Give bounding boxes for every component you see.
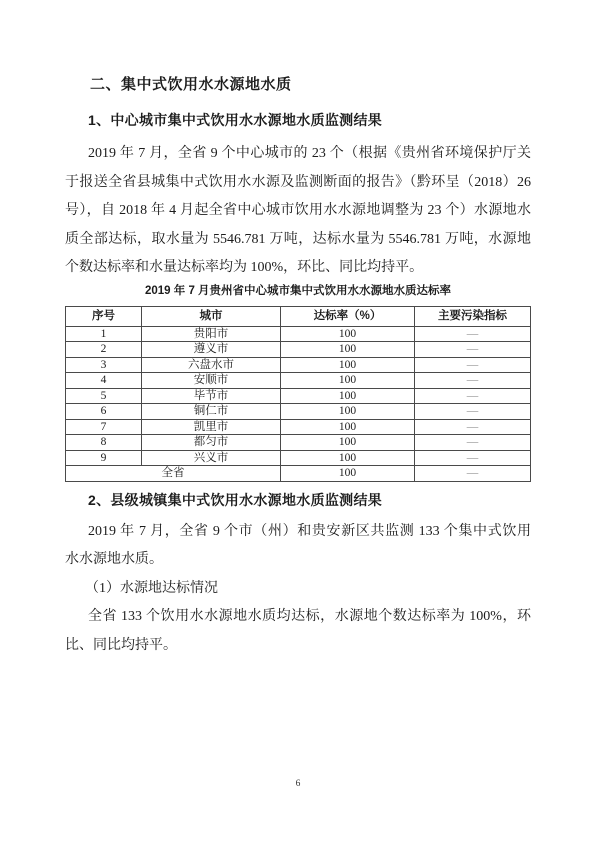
cell-rate: 100 [281,404,415,420]
cell-pollutant: — [415,419,531,435]
table-row: 9 兴义市 100 — [66,450,531,466]
column-header-rate: 达标率（%） [281,306,415,326]
paragraph-line: 号），自 2018 年 4 月起全省中心城市饮用水水源地调整为 23 个）水源地… [65,197,531,226]
cell-city: 安顺市 [142,373,281,389]
cell-pollutant: — [415,357,531,373]
paragraph-line: 比、同比均持平。 [65,632,531,661]
cell-pollutant: — [415,466,531,482]
table-row: 8 都匀市 100 — [66,435,531,451]
cell-city: 六盘水市 [142,357,281,373]
paragraph-line: 于报送全省县城集中式饮用水水源及监测断面的报告》（黔环呈（2018）26 [65,169,531,198]
cell-city: 都匀市 [142,435,281,451]
cell-index: 6 [66,404,142,420]
section1-paragraph: 2019 年 7 月，全省 9 个中心城市的 23 个（根据《贵州省环境保护厅关… [65,140,531,283]
table-row: 7 凯里市 100 — [66,419,531,435]
subheading-line: （1）水源地达标情况 [65,575,531,604]
cell-pollutant: — [415,388,531,404]
main-heading: 二、集中式饮用水水源地水质 [90,76,531,94]
cell-index: 8 [66,435,142,451]
cell-index: 1 [66,326,142,342]
cell-city: 毕节市 [142,388,281,404]
table-row: 6 铜仁市 100 — [66,404,531,420]
water-quality-table: 序号 城市 达标率（%） 主要污染指标 1 贵阳市 100 — 2 遵义市 10… [65,306,531,482]
table-row: 2 遵义市 100 — [66,342,531,358]
paragraph-line: 个数达标率和水量达标率均为 100%，环比、同比均持平。 [65,254,531,283]
cell-city: 铜仁市 [142,404,281,420]
table-row: 5 毕节市 100 — [66,388,531,404]
section2-subheading: （1）水源地达标情况 [65,575,531,604]
cell-rate: 100 [281,435,415,451]
table-footer-row: 全省 100 — [66,466,531,482]
table-row: 1 贵阳市 100 — [66,326,531,342]
column-header-pollutant: 主要污染指标 [415,306,531,326]
cell-rate: 100 [281,450,415,466]
section1-heading: 1、中心城市集中式饮用水水源地水质监测结果 [88,112,531,129]
section2-heading: 2、县级城镇集中式饮用水水源地水质监测结果 [88,492,531,509]
cell-rate: 100 [281,373,415,389]
cell-index: 3 [66,357,142,373]
column-header-city: 城市 [142,306,281,326]
document-content: 二、集中式饮用水水源地水质 1、中心城市集中式饮用水水源地水质监测结果 2019… [65,0,531,660]
cell-city: 兴义市 [142,450,281,466]
cell-city: 遵义市 [142,342,281,358]
column-header-index: 序号 [66,306,142,326]
section2-paragraph2: 全省 133 个饮用水水源地水质均达标，水源地个数达标率为 100%，环 比、同… [65,603,531,660]
cell-rate: 100 [281,342,415,358]
table-row: 3 六盘水市 100 — [66,357,531,373]
cell-pollutant: — [415,450,531,466]
paragraph-line: 2019 年 7 月，全省 9 个中心城市的 23 个（根据《贵州省环境保护厅关 [65,140,531,169]
cell-rate: 100 [281,388,415,404]
cell-province-total: 全省 [66,466,281,482]
cell-pollutant: — [415,373,531,389]
paragraph-line: 全省 133 个饮用水水源地水质均达标，水源地个数达标率为 100%，环 [65,603,531,632]
cell-city: 贵阳市 [142,326,281,342]
cell-index: 7 [66,419,142,435]
cell-index: 9 [66,450,142,466]
table-caption: 2019 年 7 月贵州省中心城市集中式饮用水水源地水质达标率 [65,284,531,298]
document-page: 二、集中式饮用水水源地水质 1、中心城市集中式饮用水水源地水质监测结果 2019… [0,0,596,842]
paragraph-line: 水水源地水质。 [65,546,531,575]
cell-pollutant: — [415,326,531,342]
cell-pollutant: — [415,404,531,420]
cell-index: 2 [66,342,142,358]
page-number: 6 [0,779,596,789]
cell-index: 5 [66,388,142,404]
cell-pollutant: — [415,342,531,358]
cell-rate: 100 [281,466,415,482]
cell-rate: 100 [281,326,415,342]
table-header-row: 序号 城市 达标率（%） 主要污染指标 [66,306,531,326]
paragraph-line: 2019 年 7 月，全省 9 个市（州）和贵安新区共监测 133 个集中式饮用 [65,518,531,547]
cell-rate: 100 [281,357,415,373]
table-row: 4 安顺市 100 — [66,373,531,389]
section2-paragraph: 2019 年 7 月，全省 9 个市（州）和贵安新区共监测 133 个集中式饮用… [65,518,531,575]
cell-rate: 100 [281,419,415,435]
cell-city: 凯里市 [142,419,281,435]
paragraph-line: 质全部达标，取水量为 5546.781 万吨，达标水量为 5546.781 万吨… [65,226,531,255]
cell-pollutant: — [415,435,531,451]
cell-index: 4 [66,373,142,389]
